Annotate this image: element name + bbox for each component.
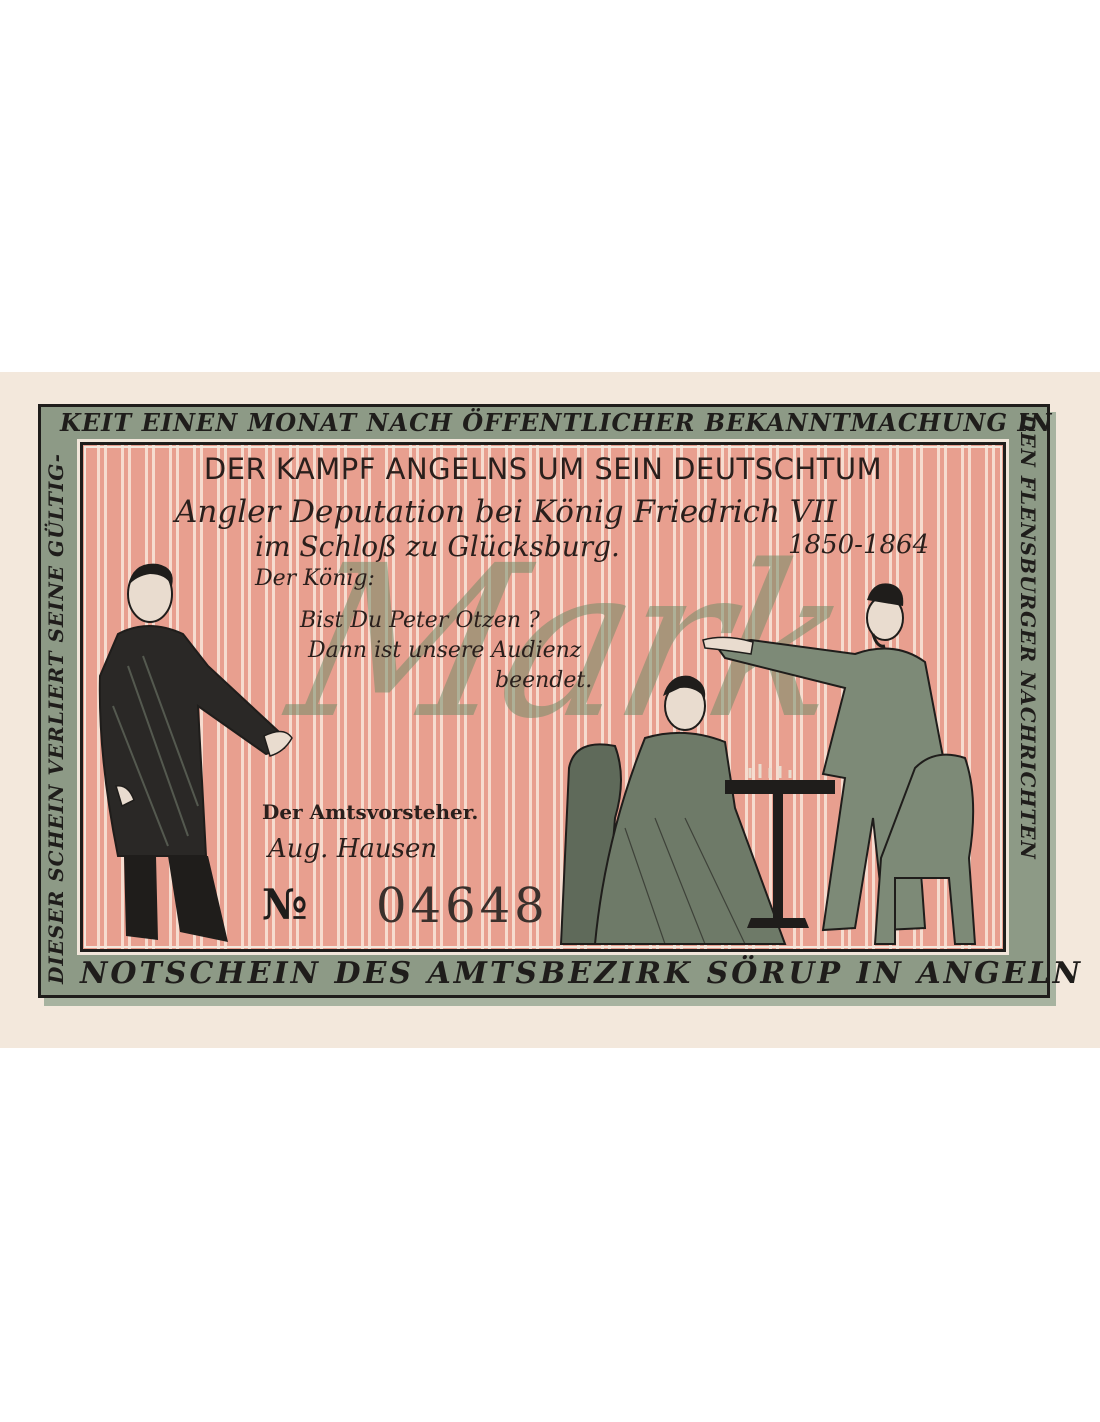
standing-man-illustration — [88, 556, 298, 950]
border-text-left: DIESER SCHEIN VERLIERT SEINE GÜLTIG- — [44, 414, 68, 984]
king-and-queen-illustration — [555, 578, 995, 946]
quote-line-1: Bist Du Peter Otzen ? — [300, 608, 540, 633]
serial-number: 04648 — [376, 878, 549, 934]
years: 1850-1864 — [788, 530, 929, 560]
note-title: DER KAMPF ANGELNS UM SEIN DEUTSCHTUM — [88, 452, 998, 486]
subtitle-line-1: Angler Deputation bei König Friedrich VI… — [175, 494, 837, 530]
border-text-bottom: NOTSCHEIN DES AMTSBEZIRK SÖRUP IN ANGELN — [80, 956, 1010, 991]
subtitle-line-2: im Schloß zu Glücksburg. — [255, 530, 620, 563]
quote-line-2: Dann ist unsere Audienz — [308, 638, 581, 663]
border-text-top: KEIT EINEN MONAT NACH ÖFFENTLICHER BEKAN… — [60, 408, 1030, 437]
border-text-right: DEN FLENSBURGER NACHRICHTEN — [1016, 414, 1040, 984]
